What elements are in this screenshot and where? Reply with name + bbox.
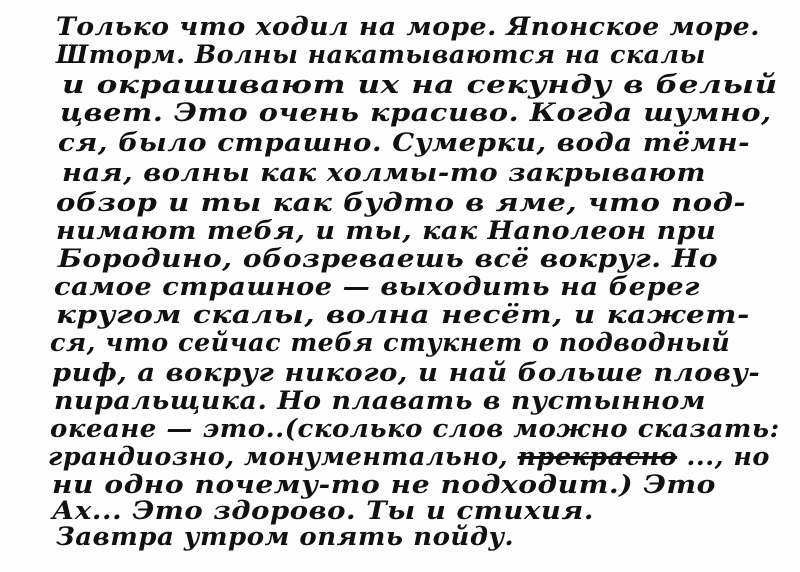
- handwritten-line-7: обзор и ты как будто в яме, что под-: [56, 188, 746, 217]
- struck-word: прекрасно: [518, 442, 678, 471]
- handwritten-line-1: Только что ходил на море. Японское море.: [56, 12, 760, 41]
- handwritten-line-18: Ах... Это здорово. Ты и стихия.: [52, 496, 594, 525]
- handwritten-line-13: риф, а вокруг никого, и най больше плову…: [52, 358, 760, 387]
- handwritten-line-10: самое страшное — выходить на берег: [54, 272, 700, 301]
- line-16-text: грандиозно, монументально, прекрасно ...…: [48, 442, 770, 471]
- handwritten-line-11: кругом скалы, волна несёт, и кажет-: [56, 300, 750, 329]
- handwritten-line-3: и окрашивают их на секунду в белый: [62, 70, 778, 99]
- handwritten-line-6: ная, волны как холмы-то закрывают: [62, 158, 706, 187]
- handwritten-line-15: океане — это..(сколько слов можно сказат…: [50, 414, 780, 443]
- handwritten-line-19: Завтра утром опять пойду.: [56, 522, 514, 551]
- handwritten-line-16: грандиозно, монументально, прекрасно ...…: [48, 442, 770, 471]
- handwritten-line-9: Бородино, обозреваешь всё вокруг. Но: [58, 244, 718, 273]
- handwritten-line-12: ся, что сейчас тебя стукнет о подводный: [50, 328, 730, 357]
- handwritten-line-8: нимают тебя, и ты, как Наполеон при: [56, 216, 716, 245]
- handwritten-line-2: Шторм. Волны накатываются на скалы: [56, 40, 706, 69]
- handwritten-line-14: пиральщика. Но плавать в пустынном: [54, 386, 706, 415]
- handwritten-line-17: ни одно почему-то не подходит.) Это: [52, 470, 716, 499]
- handwritten-page: Только что ходил на море. Японское море.…: [0, 0, 800, 572]
- handwritten-line-5: ся, было страшно. Сумерки, вода тёмн-: [58, 128, 750, 157]
- handwritten-line-4: цвет. Это очень красиво. Когда шумно,: [60, 98, 772, 127]
